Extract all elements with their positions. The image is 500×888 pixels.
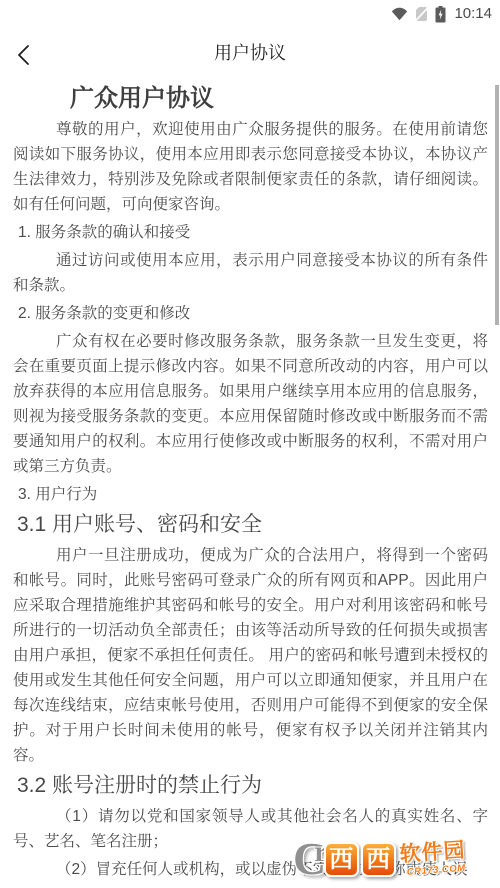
status-time: 10:14 <box>454 0 492 28</box>
agreement-heading: 广众用户协议 <box>13 83 488 114</box>
agreement-paragraph: 尊敬的用户，欢迎使用由广众服务提供的服务。在使用前请您阅读如下服务协议，使用本应… <box>13 117 488 217</box>
section-title-1: 1. 服务条款的确认和接受 <box>13 220 488 245</box>
agreement-document: 广众用户协议 尊敬的用户，欢迎使用由广众服务提供的服务。在使用前请您阅读如下服务… <box>0 76 500 882</box>
battery-charging-icon <box>435 6 446 23</box>
section-title-3: 3. 用户行为 <box>13 482 488 507</box>
wifi-icon <box>391 7 408 21</box>
status-bar: 10:14 <box>0 0 500 28</box>
nav-bar: 用户协议 <box>0 28 500 76</box>
agreement-paragraph: 广众有权在必要时修改服务条款，服务条款一旦发生变更，将会在重要页面上提示修改内容… <box>13 329 488 479</box>
agreement-paragraph: 通过访问或使用本应用，表示用户同意接受本协议的所有条件和条款。 <box>13 248 488 298</box>
no-sim-icon <box>414 6 429 22</box>
page-title: 用户协议 <box>0 28 500 76</box>
scrollbar-thumb[interactable] <box>495 85 499 325</box>
subsection-title-3-1: 3.1 用户账号、密码和安全 <box>13 510 488 539</box>
agreement-paragraph: 用户一旦注册成功，便成为广众的合法用户，将得到一个密码和帐号。同时，此账号密码可… <box>13 543 488 768</box>
agreement-paragraph: （2）冒充任何人或机构，或以虚伪不实的方式谎称或使人误 <box>13 857 488 882</box>
subsection-title-3-2: 3.2 账号注册时的禁止行为 <box>13 771 488 800</box>
section-title-2: 2. 服务条款的变更和修改 <box>13 301 488 326</box>
agreement-paragraph: （1）请勿以党和国家领导人或其他社会名人的真实姓名、字号、艺名、笔名注册； <box>13 804 488 854</box>
